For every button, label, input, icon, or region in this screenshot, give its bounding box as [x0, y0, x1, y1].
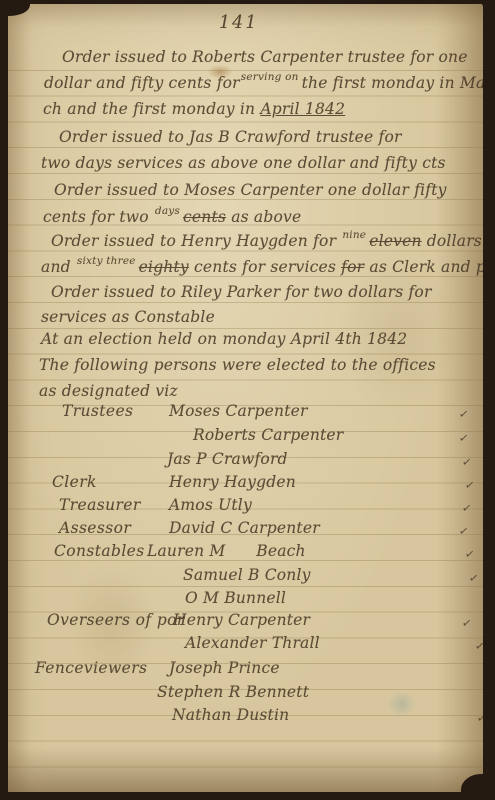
- handwriting-text: The following persons were elected to th…: [39, 356, 436, 374]
- handwriting-line: Order issued to Riley Parker for two dol…: [51, 282, 432, 302]
- inserted-correction-text: sixty three: [77, 251, 136, 271]
- tally-mark-icon: ✓: [458, 520, 471, 541]
- elected-officer-name: Stephen R Bennett: [157, 682, 309, 702]
- office-title: Treasurer: [59, 495, 141, 515]
- tally-mark-icon: ✓: [461, 451, 474, 472]
- handwriting-text: cents for two: [43, 208, 154, 226]
- elected-officer-name: Roberts Carpenter: [193, 425, 343, 445]
- handwriting-text: as above: [226, 208, 301, 226]
- book-cover-edge-top: [0, 0, 495, 4]
- tally-mark-icon: ✓: [468, 567, 481, 588]
- inserted-correction-text: days: [155, 201, 180, 221]
- handwriting-line: and sixty threeeighty cents for services…: [41, 257, 495, 279]
- ledger-book-photo: 141 Order issued to Roberts Carpenter tr…: [0, 0, 495, 800]
- elected-officer-name: Moses Carpenter: [169, 401, 308, 421]
- handwriting-line: ch and the first monday in April 1842: [43, 99, 345, 119]
- elected-officer-name: Alexander Thrall: [185, 633, 320, 653]
- handwriting-text: Order issued to Moses Carpenter one doll…: [54, 181, 447, 199]
- handwriting-line: The following persons were elected to th…: [39, 355, 436, 375]
- handwriting-line: dollar and fifty cents forserving onthe …: [44, 73, 493, 95]
- elected-officer-name: Lauren M Beach: [147, 541, 306, 561]
- elected-officer-name: Amos Utly: [169, 495, 252, 515]
- elected-officer-name: Jas P Crawford: [167, 449, 288, 469]
- elected-officer-name: O M Bunnell: [185, 588, 286, 608]
- handwriting-text: Order issued to Henry Haygden for: [51, 232, 341, 250]
- tally-mark-icon: ✓: [458, 427, 471, 448]
- elected-officer-name: Samuel B Conly: [183, 565, 311, 585]
- book-cover-edge-right: [483, 0, 495, 800]
- book-binding-edge-left: [0, 0, 8, 800]
- handwriting-line: services as Constable: [41, 307, 215, 327]
- page-number: 141: [219, 13, 258, 33]
- office-title: Trustees: [62, 401, 133, 421]
- handwriting-text: the first monday in Mar: [302, 74, 493, 92]
- tally-mark-icon: ✓: [464, 474, 477, 495]
- office-title: Constables: [54, 541, 145, 561]
- faded-blue-mark: [387, 691, 417, 717]
- office-title: Fenceviewers: [35, 658, 147, 678]
- ledger-page: 141 Order issued to Roberts Carpenter tr…: [7, 3, 483, 794]
- handwriting-text: as designated viz: [39, 382, 178, 400]
- tally-mark-icon: ✓: [464, 543, 477, 564]
- handwriting-text: cents for services: [189, 258, 341, 276]
- elected-officer-name: David C Carpenter: [169, 518, 320, 538]
- book-cover-edge-bottom: [0, 792, 495, 800]
- office-title: Clerk: [52, 472, 97, 492]
- inserted-correction-text: nine: [342, 225, 366, 245]
- handwriting-line: Order issued to Moses Carpenter one doll…: [54, 180, 447, 200]
- handwriting-text: services as Constable: [41, 308, 215, 326]
- handwriting-line: Order issued to Roberts Carpenter truste…: [62, 47, 468, 67]
- handwriting-line: two days services as above one dollar an…: [41, 153, 446, 173]
- elected-officer-name: Joseph Prince: [169, 658, 280, 678]
- handwriting-text: and: [41, 258, 76, 276]
- struck-out-text: for: [341, 258, 364, 276]
- office-title: Overseers of por: [47, 610, 185, 630]
- tally-mark-icon: ✓: [461, 497, 474, 518]
- handwriting-text: two days services as above one dollar an…: [41, 154, 446, 172]
- handwriting-text: Order issued to Roberts Carpenter truste…: [62, 48, 468, 66]
- handwriting-text: ch and the first monday in: [43, 100, 260, 118]
- handwriting-line: At an election held on monday April 4th …: [41, 329, 407, 349]
- elected-officer-name: Henry Haygden: [169, 472, 296, 492]
- handwriting-text: At an election held on monday April 4th …: [41, 330, 407, 348]
- office-title: Assessor: [59, 518, 131, 538]
- handwriting-text: dollars: [422, 232, 482, 250]
- cover-corner-bottom-right: [461, 774, 495, 800]
- handwriting-text: dollar and fifty cents for: [44, 74, 240, 92]
- tally-mark-icon: ✓: [458, 403, 471, 424]
- handwriting-text: April 1842: [260, 100, 345, 118]
- handwriting-line: as designated viz: [39, 381, 178, 401]
- handwriting-line: Order issued to Henry Haygden for nineel…: [51, 231, 482, 253]
- struck-out-text: cents: [183, 208, 226, 226]
- handwriting-line: cents for two dayscents as above: [43, 207, 301, 229]
- handwriting-line: Order issued to Jas B Crawford trustee f…: [59, 127, 402, 147]
- struck-out-text: eleven: [369, 232, 421, 250]
- elected-officer-name: Henry Carpenter: [173, 610, 310, 630]
- tally-mark-icon: ✓: [461, 612, 474, 633]
- handwriting-text: Order issued to Jas B Crawford trustee f…: [59, 128, 402, 146]
- inserted-correction-text: serving on: [241, 67, 299, 87]
- handwriting-text: Order issued to Riley Parker for two dol…: [51, 283, 432, 301]
- handwriting-text: as Clerk and paper: [364, 258, 495, 276]
- struck-out-text: eighty: [139, 258, 189, 276]
- elected-officer-name: Nathan Dustin: [172, 705, 289, 725]
